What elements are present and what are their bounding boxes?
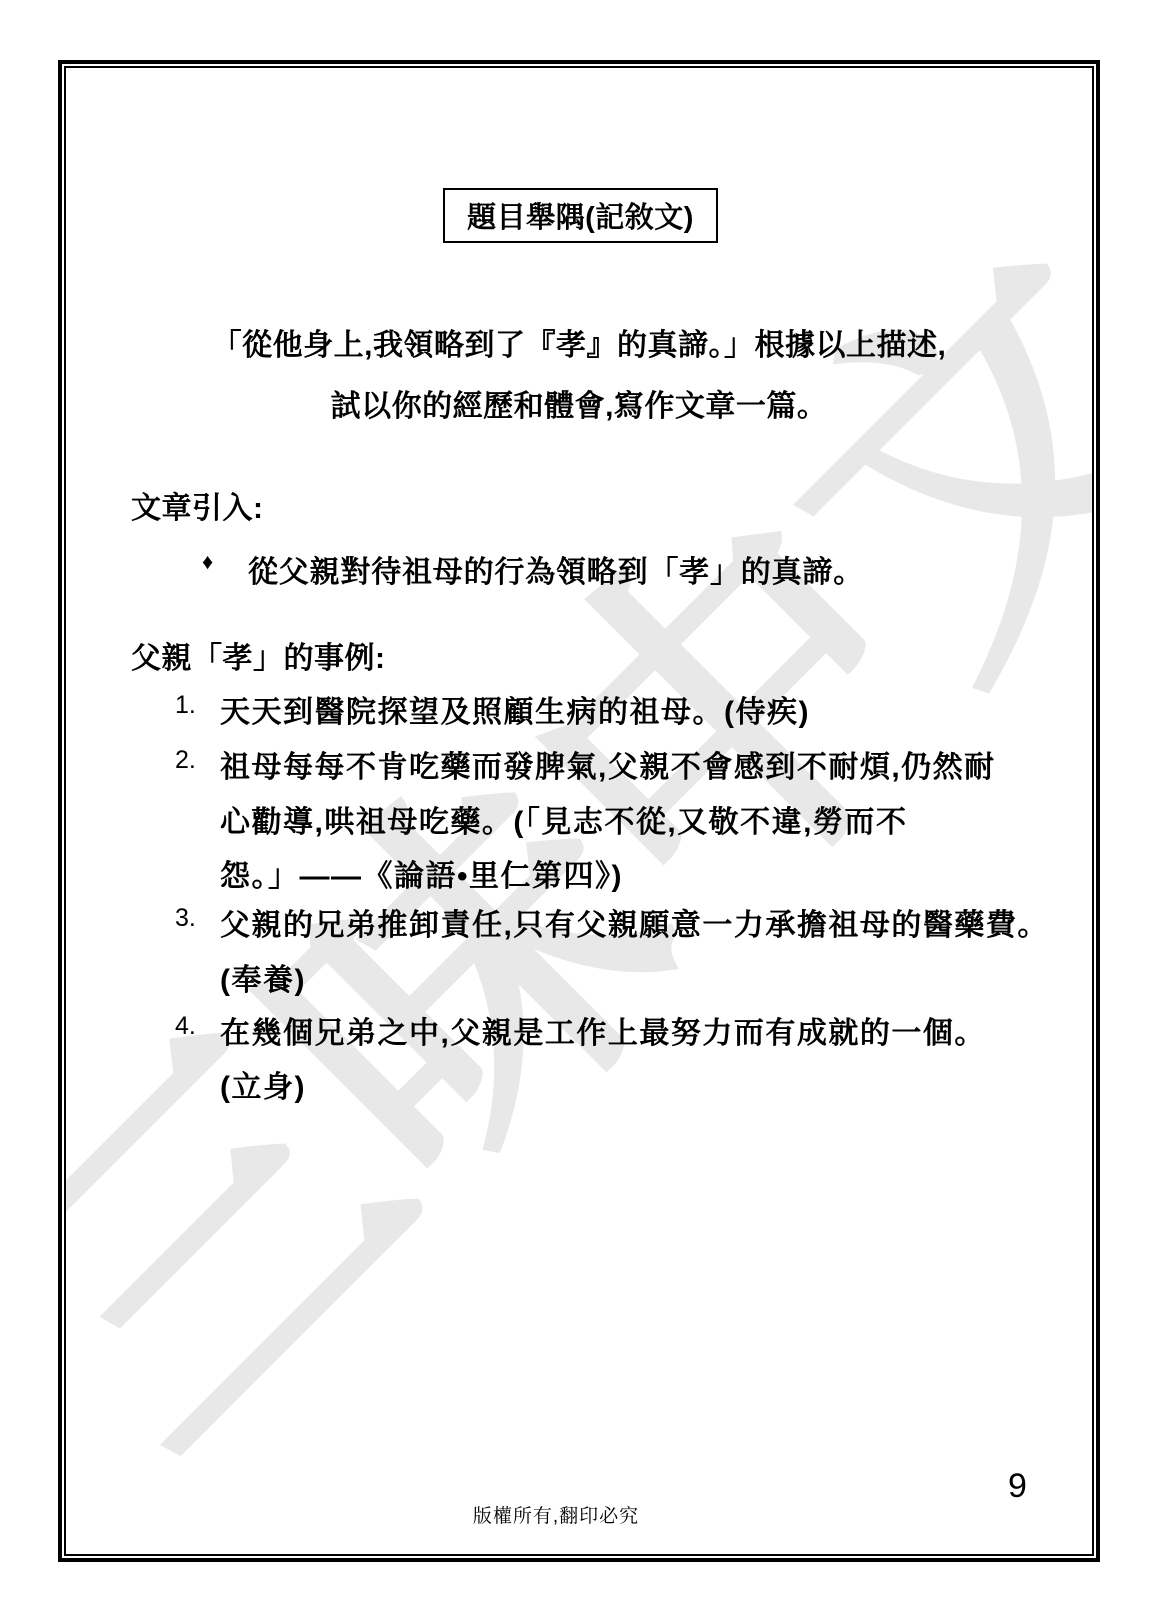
example-item-2-line-2: 心勸導,哄祖母吃藥。(「見志不從,又敬不違,勞而不: [220, 797, 908, 841]
example-item-2-line-1: 祖母每每不肯吃藥而發脾氣,父親不會感到不耐煩,仍然耐: [220, 742, 996, 786]
title-box: 題目舉隅(記敘文): [443, 188, 718, 243]
page-content: 題目舉隅(記敘文) 「從他身上,我領略到了『孝』的真諦。」根據以上描述, 試以你…: [0, 0, 1156, 1620]
example-item-4-line-1: 在幾個兄弟之中,父親是工作上最努力而有成就的一個。: [220, 1008, 986, 1052]
prompt-line-2: 試以你的經歷和體會,寫作文章一篇。: [58, 381, 1100, 425]
example-item-3-number: 3.: [175, 904, 215, 933]
example-item-2-number: 2.: [175, 746, 215, 775]
footer-copyright-text: 版權所有,翻印必究: [0, 1501, 1134, 1528]
title-text: 題目舉隅(記敘文): [467, 195, 694, 236]
example-item-3-line-2: (奉養): [220, 955, 306, 999]
intro-bullet-text: 從父親對待祖母的行為領略到「孝」的真諦。: [248, 547, 864, 591]
example-item-3-line-1: 父親的兄弟推卸責任,只有父親願意一力承擔祖母的醫藥費。: [220, 900, 1049, 944]
example-item-1-line-1: 天天到醫院探望及照顧生病的祖母。(侍疾): [220, 687, 810, 731]
example-item-4-number: 4.: [175, 1012, 215, 1041]
page-number: 9: [1008, 1467, 1027, 1506]
example-item-2-line-3: 怨。」——《論語•里仁第四》): [220, 851, 623, 895]
example-item-1-number: 1.: [175, 691, 215, 720]
intro-heading: 文章引入:: [131, 483, 264, 527]
examples-heading: 父親「孝」的事例:: [131, 633, 386, 677]
diamond-bullet-icon: ♦: [202, 551, 213, 573]
prompt-line-1: 「從他身上,我領略到了『孝』的真諦。」根據以上描述,: [58, 320, 1100, 364]
example-item-4-line-2: (立身): [220, 1062, 306, 1106]
document-page: 三味中文 題目舉隅(記敘文) 「從他身上,我領略到了『孝』的真諦。」根據以上描述…: [0, 0, 1156, 1620]
